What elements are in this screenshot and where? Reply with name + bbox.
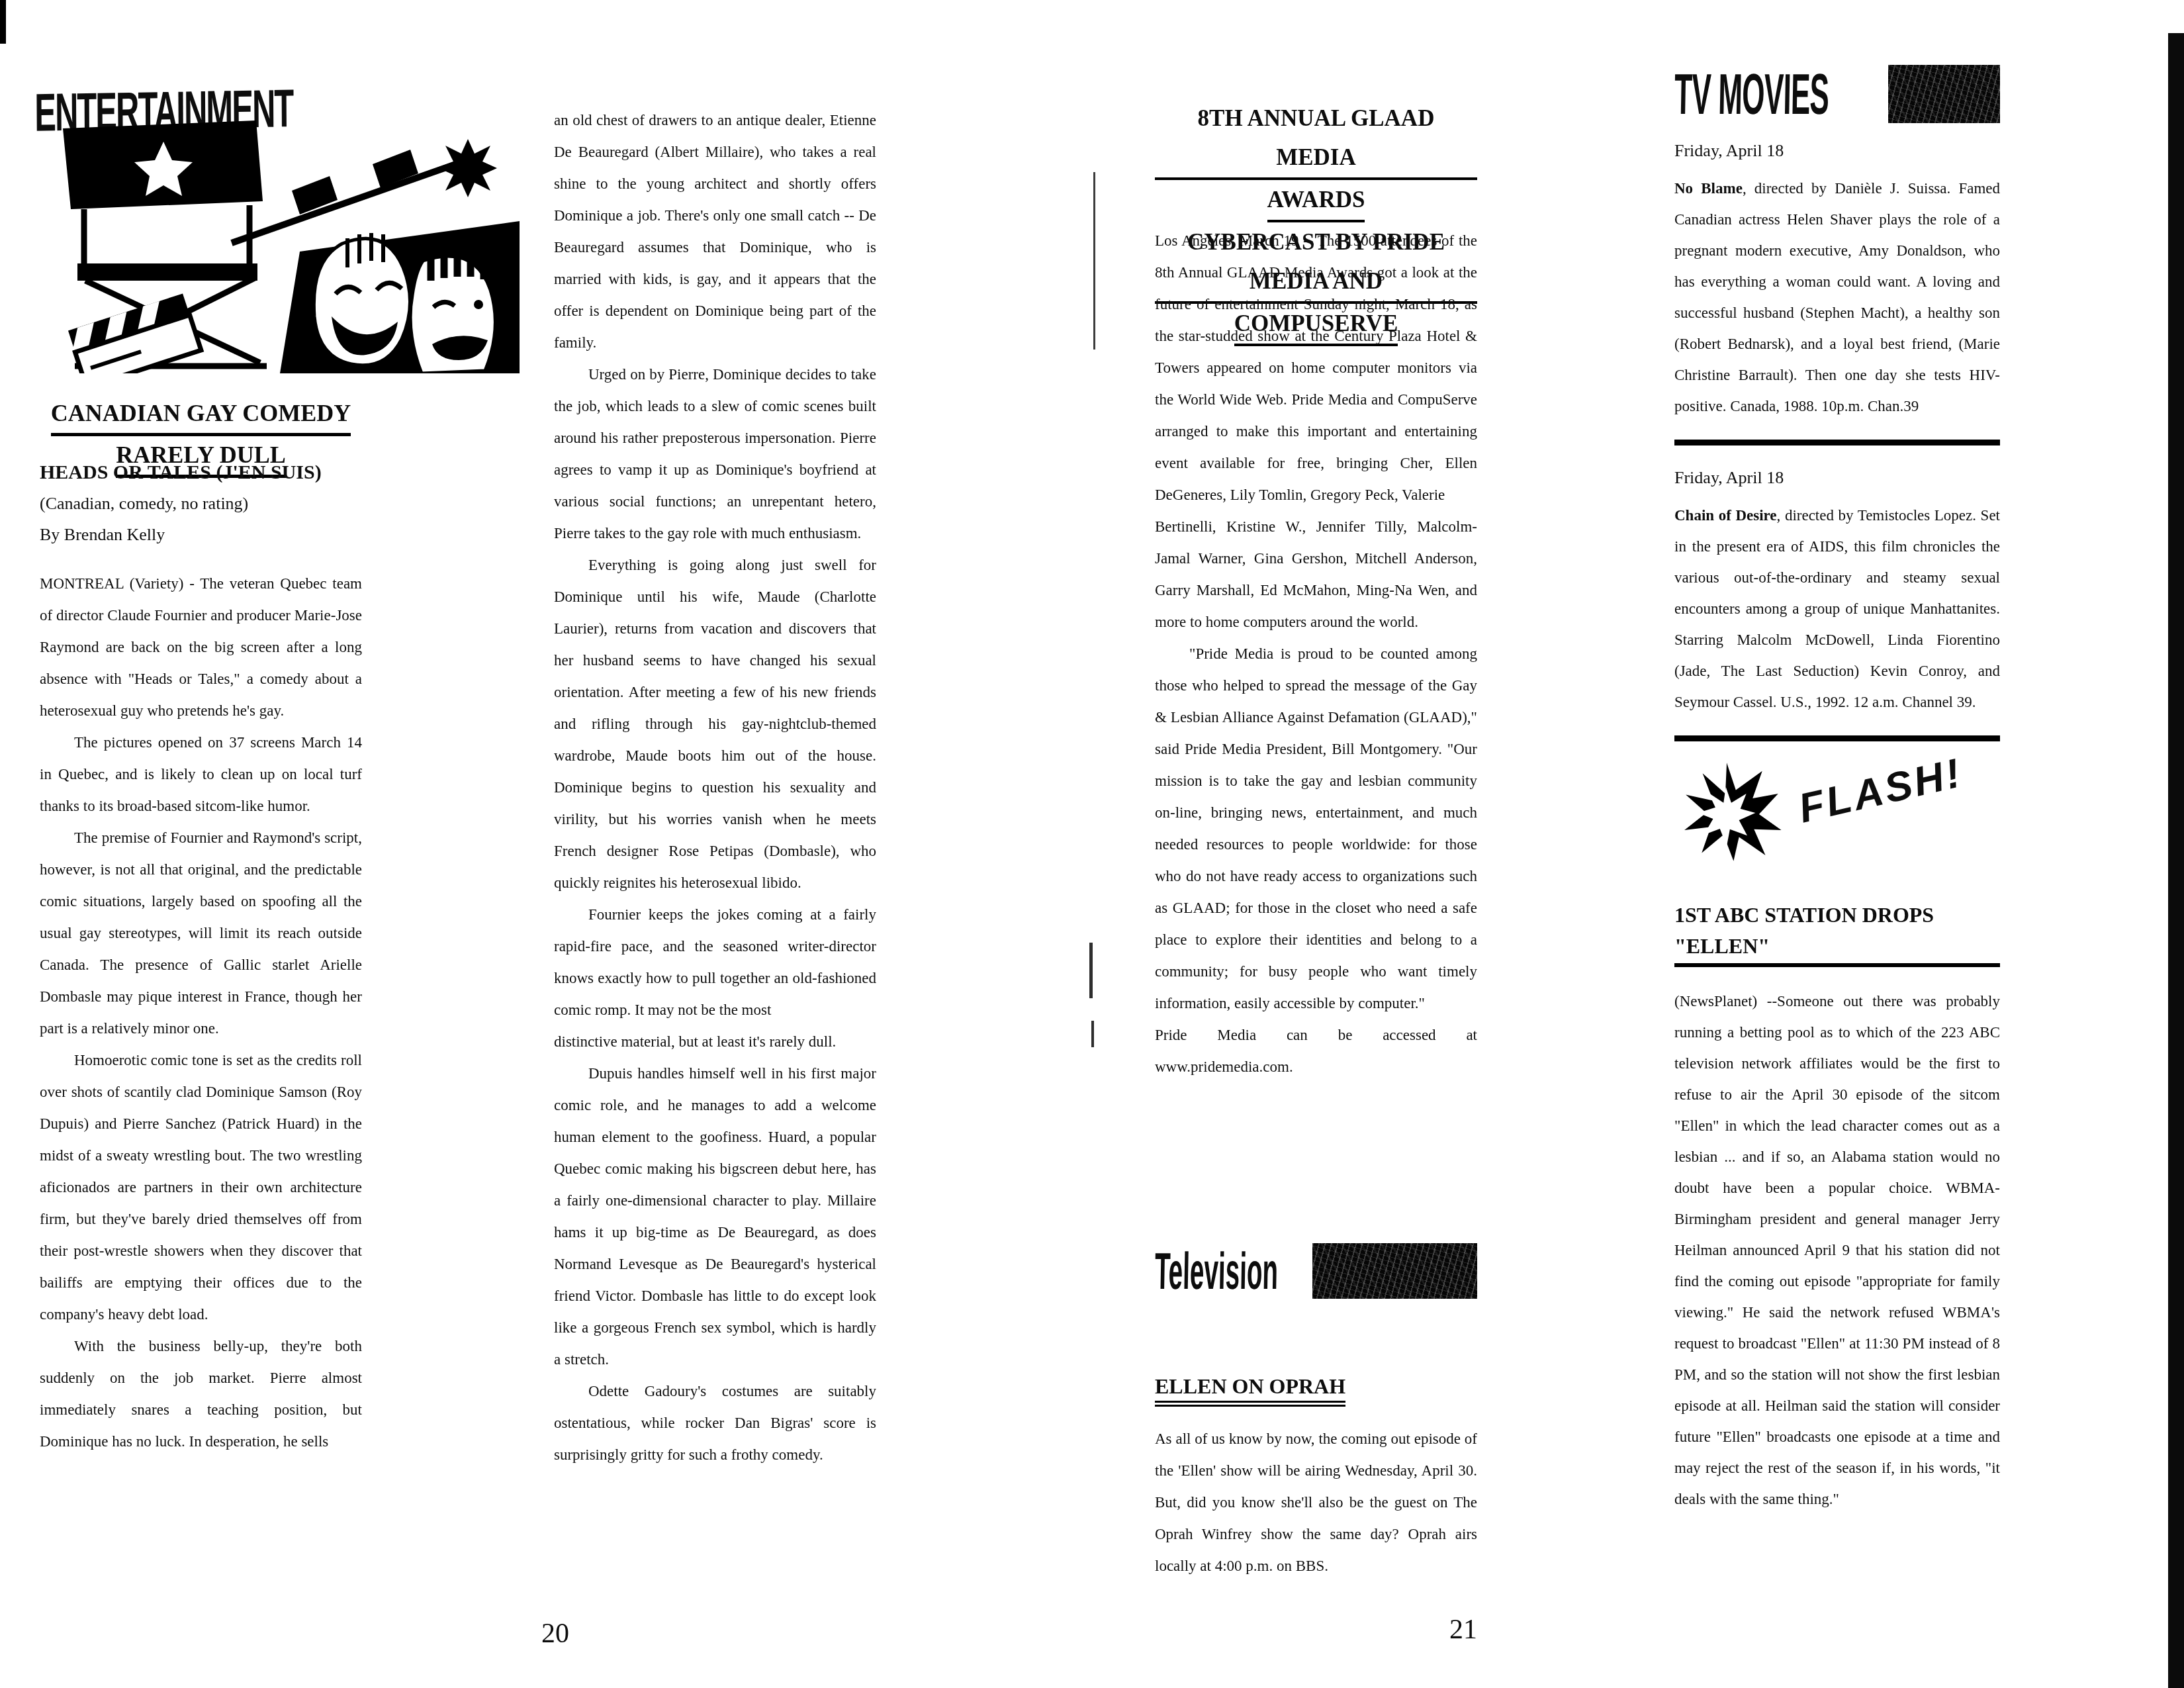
paragraph: The pictures opened on 37 screens March … bbox=[40, 727, 362, 822]
listing-text: No Blame, directed by Danièle J. Suissa.… bbox=[1674, 173, 2000, 422]
paragraph: MONTREAL (Variety) - The veteran Quebec … bbox=[40, 568, 362, 727]
paragraph: distinctive material, but at least it's … bbox=[554, 1026, 876, 1058]
page-right: 8TH ANNUAL GLAAD MEDIAAWARDSCYBERCAST BY… bbox=[1092, 0, 2184, 1688]
paragraph: Fournier keeps the jokes coming at a fai… bbox=[554, 899, 876, 1026]
paragraph: The premise of Fournier and Raymond's sc… bbox=[40, 822, 362, 1045]
section-divider bbox=[1674, 735, 2000, 741]
paragraph: As all of us know by now, the coming out… bbox=[1155, 1423, 1477, 1582]
listing-title: No Blame bbox=[1674, 180, 1743, 197]
paragraph: (NewsPlanet) --Someone out there was pro… bbox=[1674, 986, 2000, 1515]
headline-text: ELLEN ON OPRAH bbox=[1155, 1374, 1345, 1407]
television-section-header-row: Television bbox=[1155, 1243, 1477, 1299]
news-flash-body: (NewsPlanet) --Someone out there was pro… bbox=[1674, 986, 2000, 1515]
column-3: Los Angeles, March 19 -- The 1500 attend… bbox=[1155, 225, 1477, 1083]
headline-line: 8TH ANNUAL GLAAD MEDIA bbox=[1155, 99, 1477, 180]
paragraph: Los Angeles, March 19 -- The 1500 attend… bbox=[1155, 225, 1477, 511]
film-credit-block: HEADS OR TALES (J'EN SUIS) (Canadian, co… bbox=[40, 457, 362, 550]
paragraph: Odette Gadoury's costumes are suitably o… bbox=[554, 1376, 876, 1471]
scanner-edge-strip bbox=[2168, 33, 2184, 1688]
page-number-right: 21 bbox=[1411, 1614, 1477, 1646]
column-3-lower: As all of us know by now, the coming out… bbox=[1155, 1423, 1477, 1582]
page-fold-mark bbox=[1089, 943, 1093, 998]
listing-title: Chain of Desire bbox=[1674, 507, 1777, 524]
listing-text: Chain of Desire, directed by Temistocles… bbox=[1674, 500, 2000, 718]
headline-text: 1ST ABC STATION DROPS "ELLEN" bbox=[1674, 900, 2000, 967]
paragraph: Homoerotic comic tone is set as the cred… bbox=[40, 1045, 362, 1331]
headline-line: CANADIAN GAY COMEDY bbox=[40, 395, 362, 436]
flash-label: FLASH! bbox=[1796, 757, 1965, 825]
film-meta: (Canadian, comedy, no rating) bbox=[40, 488, 362, 519]
paragraph: Pride Media can be accessed at www.pride… bbox=[1155, 1019, 1477, 1083]
listing-description: , directed by Danièle J. Suissa. Famed C… bbox=[1674, 180, 2000, 414]
film-title: HEADS OR TALES (J'EN SUIS) bbox=[40, 457, 362, 488]
listing-date: Friday, April 18 bbox=[1674, 462, 2000, 493]
listing-description: , directed by Temistocles Lopez. Set in … bbox=[1674, 507, 2000, 710]
tv-listings: Friday, April 18 No Blame, directed by D… bbox=[1674, 135, 2000, 741]
director-chair-masks-icon bbox=[36, 114, 520, 373]
photocopy-noise-box bbox=[1312, 1243, 1477, 1299]
photocopy-noise-box bbox=[1888, 65, 2000, 123]
paragraph: "Pride Media is proud to be counted amon… bbox=[1155, 638, 1477, 1019]
paragraph: Dupuis handles himself well in his first… bbox=[554, 1058, 876, 1376]
column-2: an old chest of drawers to an antique de… bbox=[554, 105, 876, 1471]
flash-starburst-icon bbox=[1674, 758, 1784, 870]
movie-production-clipart bbox=[36, 114, 520, 377]
headline-text: AWARDS bbox=[1267, 180, 1365, 222]
page-fold-line bbox=[1093, 172, 1095, 350]
scan-corner-mark bbox=[0, 0, 6, 44]
tv-listing: Friday, April 18 No Blame, directed by D… bbox=[1674, 135, 2000, 445]
page-left: ENTERTAINMENT bbox=[0, 0, 1092, 1688]
column-4: TV MOVIES Friday, April 18 No Blame, dir… bbox=[1674, 61, 2000, 1515]
tv-movies-section-title: TV MOVIES bbox=[1674, 71, 1829, 118]
paragraph: Urged on by Pierre, Dominique decides to… bbox=[554, 359, 876, 549]
headline-text: CANADIAN GAY COMEDY bbox=[51, 395, 351, 436]
news-flash-banner: FLASH! bbox=[1674, 758, 2000, 898]
section-divider bbox=[1674, 440, 2000, 445]
paragraph: With the business belly-up, they're both… bbox=[40, 1331, 362, 1458]
paragraph: Bertinelli, Kristine W., Jennifer Tilly,… bbox=[1155, 511, 1477, 638]
ellen-on-oprah-headline: ELLEN ON OPRAH bbox=[1155, 1374, 1345, 1407]
paragraph: an old chest of drawers to an antique de… bbox=[554, 105, 876, 359]
headline-line: AWARDS bbox=[1155, 180, 1477, 222]
abc-drops-ellen-headline: 1ST ABC STATION DROPS "ELLEN" bbox=[1674, 900, 2000, 967]
byline: By Brendan Kelly bbox=[40, 519, 362, 550]
page-number-left: 20 bbox=[541, 1618, 569, 1650]
headline-text: 8TH ANNUAL GLAAD MEDIA bbox=[1155, 99, 1477, 180]
column-1: MONTREAL (Variety) - The veteran Quebec … bbox=[40, 568, 362, 1458]
tv-movies-header-row: TV MOVIES bbox=[1674, 61, 2000, 127]
listing-date: Friday, April 18 bbox=[1674, 135, 2000, 166]
television-section-title: Television bbox=[1154, 1241, 1279, 1301]
page-fold-mark bbox=[1091, 1021, 1094, 1047]
tv-listing: Friday, April 18 Chain of Desire, direct… bbox=[1674, 462, 2000, 741]
paragraph: Everything is going along just swell for… bbox=[554, 549, 876, 899]
